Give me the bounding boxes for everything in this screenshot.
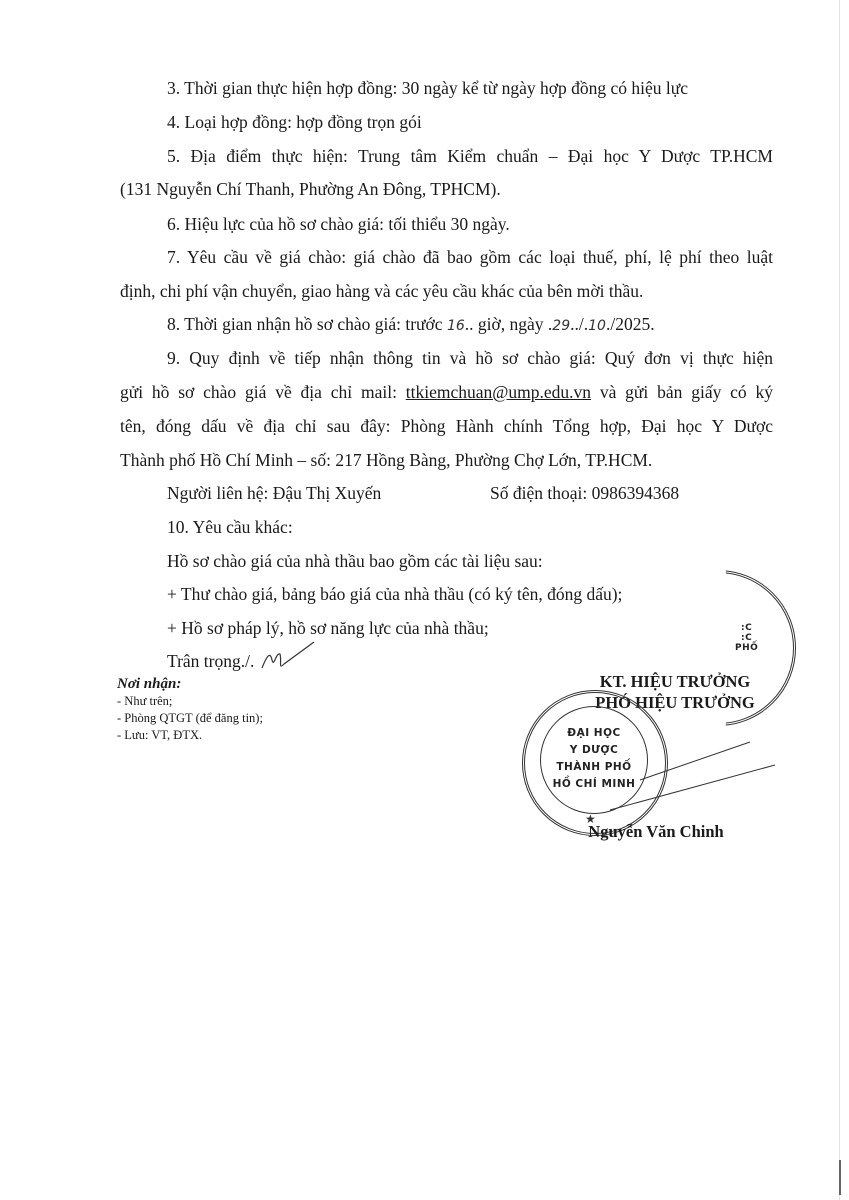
item-10-bullet-2: + Hồ sơ pháp lý, hồ sơ năng lực của nhà … [167,617,489,639]
item-9-line-2-suffix: và gửi bản giấy có ký [591,382,773,402]
item-8: 8. Thời gian nhận hồ sơ chào giá: trước … [167,313,655,337]
item-8-hour-handwritten: 16 [447,318,465,334]
item-4: 4. Loại hợp đồng: hợp đồng trọn gói [167,111,422,133]
scan-edge-line [839,0,840,1200]
document-page: 3. Thời gian thực hiện hợp đồng: 30 ngày… [0,0,849,1200]
signature-title-1: KT. HIỆU TRƯỞNG [560,672,790,692]
item-5-line-2: (131 Nguyễn Chí Thanh, Phường An Đông, T… [120,178,501,200]
signature-strokes-icon [600,740,780,830]
recipient-item: - Lưu: VT, ĐTX. [117,728,202,743]
item-10-intro: Hồ sơ chào giá của nhà thầu bao gồm các … [167,550,543,572]
recipient-item: - Như trên; [117,694,172,709]
item-7-line-1: 7. Yêu cầu về giá chào: giá chào đã bao … [167,246,773,268]
item-8-prefix: 8. Thời gian nhận hồ sơ chào giá: trước [167,314,447,334]
contact-person: Người liên hệ: Đậu Thị Xuyến [167,482,381,504]
item-9-line-4: Thành phố Hồ Chí Minh – số: 217 Hồng Bàn… [120,449,652,471]
item-9-line-2-prefix: gửi hồ sơ chào giá về địa chỉ mail: [120,382,406,402]
signer-name: Nguyễn Văn Chinh [556,822,756,842]
item-7-line-2: định, chi phí vận chuyển, giao hàng và c… [120,280,643,302]
item-10-bullet-1: + Thư chào giá, bảng báo giá của nhà thầ… [167,583,622,605]
item-9-line-3: tên, đóng dấu về địa chỉ sau đây: Phòng … [120,415,773,437]
item-8-year: 2025. [615,314,654,334]
item-8-mid: giờ, ngày [474,314,548,334]
stamp-arc-text: :C:CPHỐ [735,623,758,653]
item-8-month-handwritten: 10 [588,318,606,334]
closing: Trân trọng./. [167,650,254,672]
recipient-item: - Phòng QTGT (để đăng tin); [117,711,263,726]
email-link[interactable]: ttkiemchuan@ump.edu.vn [406,382,591,402]
item-6: 6. Hiệu lực của hồ sơ chào giá: tối thiể… [167,213,510,235]
item-8-day-handwritten: 29 [552,318,570,334]
recipients-title: Nơi nhận: [117,676,181,693]
item-10: 10. Yêu cầu khác: [167,516,293,538]
scan-edge-mark [839,1160,841,1195]
item-9-line-1: 9. Quy định về tiếp nhận thông tin và hồ… [167,347,773,369]
initials-signature-icon [258,640,318,674]
item-3: 3. Thời gian thực hiện hợp đồng: 30 ngày… [167,77,688,99]
contact-phone: Số điện thoại: 0986394368 [490,482,679,504]
item-5-line-1: 5. Địa điểm thực hiện: Trung tâm Kiểm ch… [167,145,773,167]
item-9-line-2: gửi hồ sơ chào giá về địa chỉ mail: ttki… [120,381,773,403]
